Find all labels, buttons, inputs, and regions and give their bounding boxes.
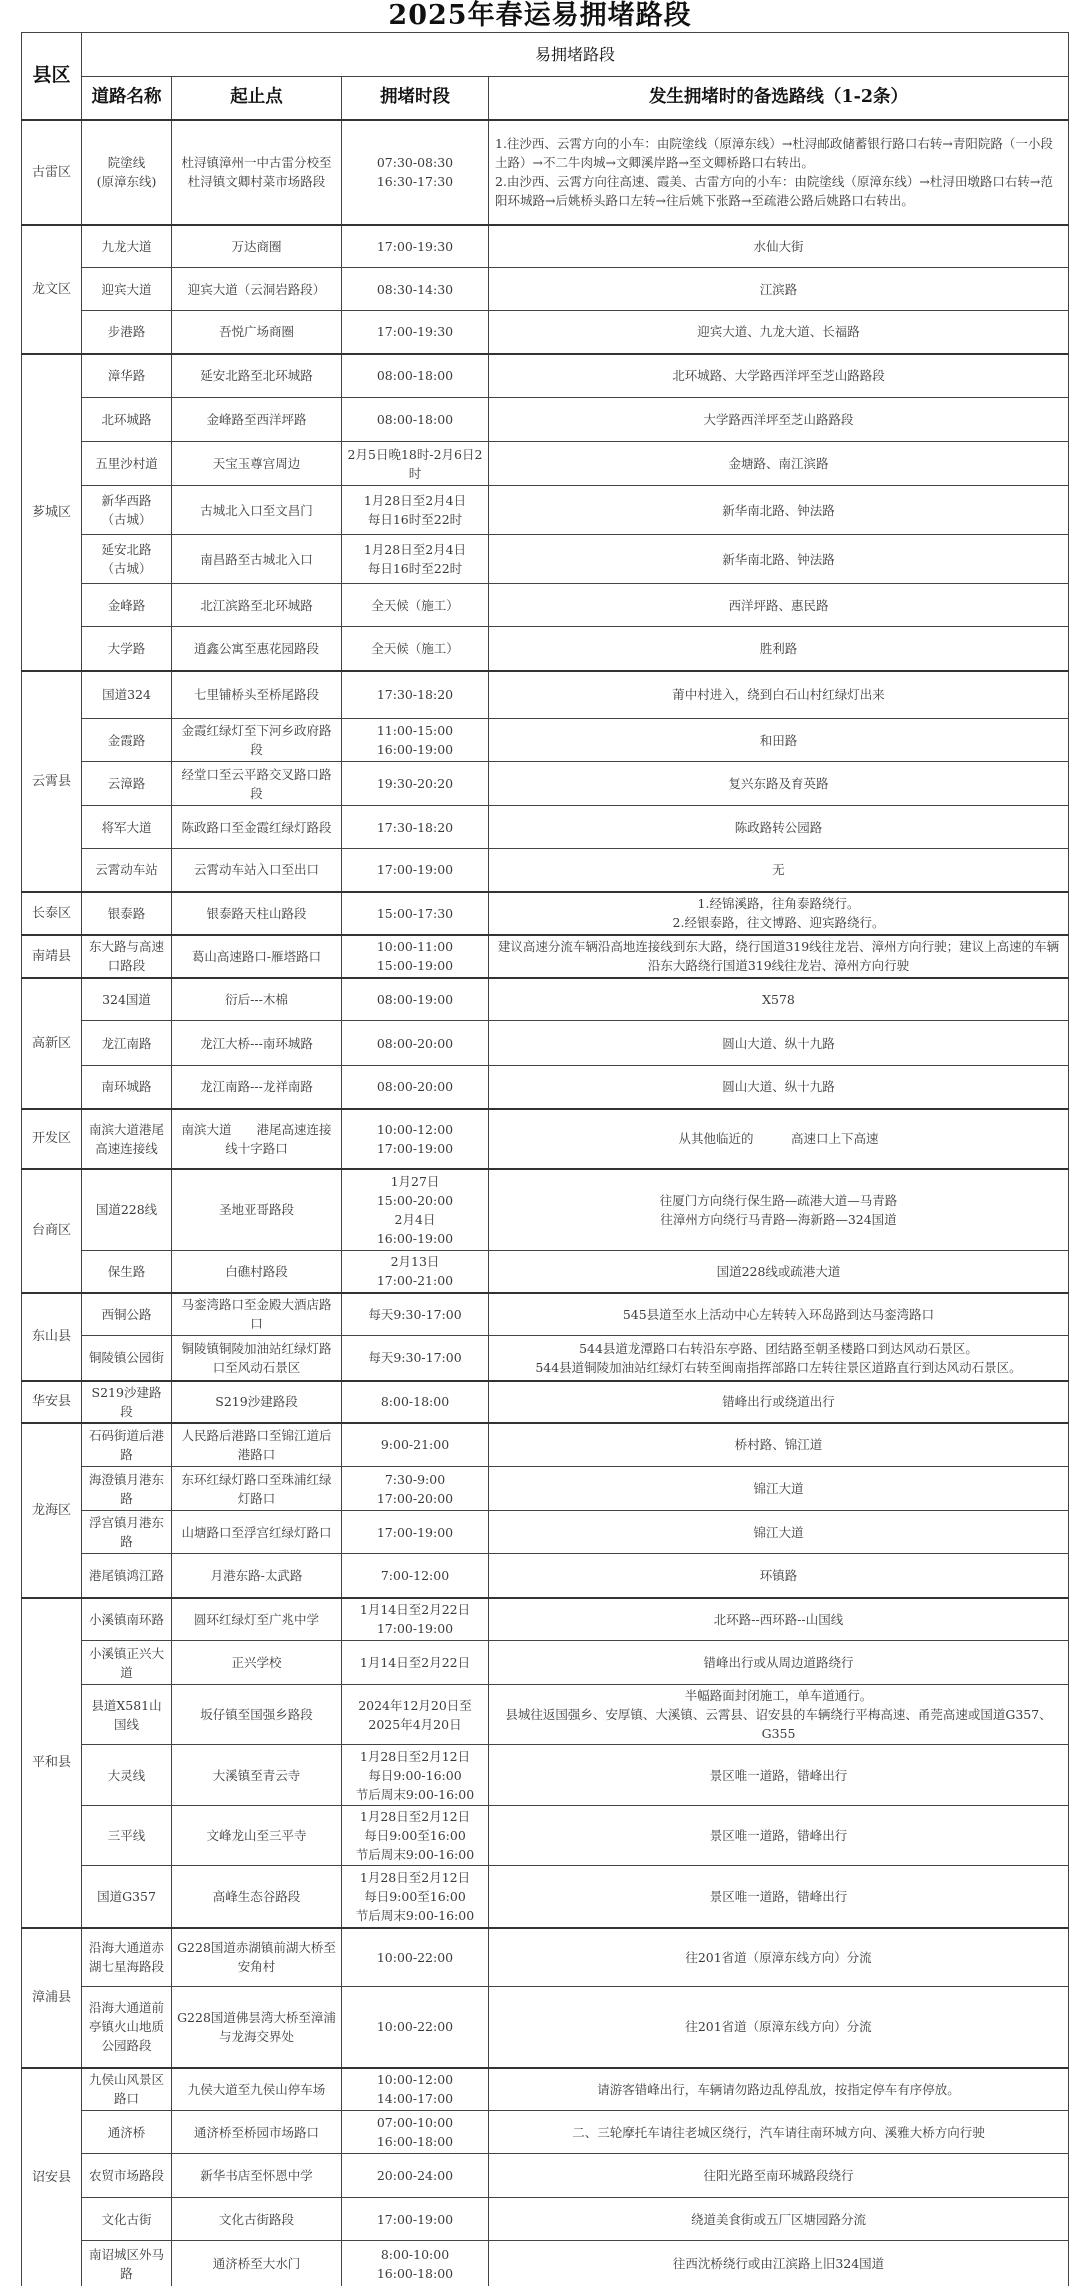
section-cell: 迎宾大道（云洞岩路段）: [172, 268, 342, 311]
table-row: 开发区南滨大道港尾高速连接线南滨大道 港尾高速连接线十字路口10:00-12:0…: [22, 1109, 1069, 1169]
time-cell: 9:00-21:00: [342, 1423, 489, 1467]
county-cell: 华安县: [22, 1381, 82, 1423]
table-row: 大学路逍鑫公寓至惠花园路段全天候（施工）胜利路: [22, 627, 1069, 671]
header-road-name: 道路名称: [82, 77, 172, 120]
section-cell: 云霄动车站入口至出口: [172, 849, 342, 892]
time-cell: 1月14日至2月22日: [342, 1641, 489, 1685]
section-cell: 高峰生态谷路段: [172, 1866, 342, 1928]
section-cell: 北江滨路至北环城路: [172, 584, 342, 627]
table-row: 通济桥通济桥至桥园市场路口07:00-10:0016:00-18:00二、三轮摩…: [22, 2111, 1069, 2154]
table-row: 华安县S219沙建路段S219沙建路段8:00-18:00错峰出行或绕道出行: [22, 1381, 1069, 1423]
road-name-cell: 石码街道后港路: [82, 1423, 172, 1467]
table-row: 县道X581山国线坂仔镇至国强乡路段2024年12月20日至2025年4月20日…: [22, 1685, 1069, 1745]
section-cell: 衍后---木棉: [172, 978, 342, 1021]
alternative-route-cell: 新华南北路、钟法路: [489, 535, 1069, 584]
alternative-route-cell: 圆山大道、纵十九路: [489, 1066, 1069, 1109]
time-cell: 11:00-15:0016:00-19:00: [342, 719, 489, 762]
section-cell: 吾悦广场商圈: [172, 311, 342, 354]
table-row: 古雷区院塗线(原漳东线)杜浔镇漳州一中古雷分校至杜浔镇文卿村菜市场路段07:30…: [22, 120, 1069, 225]
road-name-cell: 迎宾大道: [82, 268, 172, 311]
section-cell: G228国道佛昙湾大桥至漳浦与龙海交界处: [172, 1987, 342, 2068]
road-name-cell: 步港路: [82, 311, 172, 354]
time-cell: 08:00-18:00: [342, 398, 489, 442]
section-cell: 陈政路口至金霞红绿灯路段: [172, 806, 342, 849]
alternative-route-cell: X578: [489, 978, 1069, 1021]
road-name-cell: 南环城路: [82, 1066, 172, 1109]
time-cell: 20:00-24:00: [342, 2154, 489, 2198]
road-name-cell: 漳华路: [82, 354, 172, 398]
table-row: 文化古街文化古街路段17:00-19:00绕道美食街或五厂区塘园路分流: [22, 2198, 1069, 2241]
road-name-cell: 北环城路: [82, 398, 172, 442]
section-cell: 经堂口至云平路交叉路口路段: [172, 762, 342, 806]
road-name-cell: 延安北路（古城）: [82, 535, 172, 584]
table-row: 金峰路北江滨路至北环城路全天候（施工）西洋坪路、惠民路: [22, 584, 1069, 627]
alternative-route-cell: 和田路: [489, 719, 1069, 762]
road-name-cell: 金霞路: [82, 719, 172, 762]
section-cell: G228国道赤湖镇前湖大桥至安角村: [172, 1928, 342, 1987]
road-name-cell: 大学路: [82, 627, 172, 671]
time-cell: 10:00-11:0015:00-19:00: [342, 935, 489, 978]
alternative-route-cell: 圆山大道、纵十九路: [489, 1021, 1069, 1066]
table-row: 新华西路（古城）古城北入口至文昌门1月28日至2月4日每日16时至22时新华南北…: [22, 486, 1069, 535]
time-cell: 08:30-14:30: [342, 268, 489, 311]
alternative-route-cell: 西洋坪路、惠民路: [489, 584, 1069, 627]
alternative-route-cell: 环镇路: [489, 1554, 1069, 1598]
alternative-route-cell: 水仙大街: [489, 225, 1069, 268]
time-cell: 10:00-22:00: [342, 1928, 489, 1987]
county-cell: 云霄县: [22, 671, 82, 892]
section-cell: 人民路后港路口至锦江道后港路口: [172, 1423, 342, 1467]
road-name-cell: 沿海大通道前亭镇火山地质公园路段: [82, 1987, 172, 2068]
county-cell: 龙文区: [22, 225, 82, 354]
alternative-route-cell: 锦江大道: [489, 1467, 1069, 1511]
time-cell: 07:30-08:3016:30-17:30: [342, 120, 489, 225]
section-cell: 南滨大道 港尾高速连接线十字路口: [172, 1109, 342, 1169]
section-cell: 银泰路天柱山路段: [172, 892, 342, 935]
table-row: 浮宫镇月港东路山塘路口至浮宫红绿灯路口17:00-19:00锦江大道: [22, 1511, 1069, 1554]
table-row: 五里沙村道天宝玉尊宫周边2月5日晚18时-2月6日2时金塘路、南江滨路: [22, 442, 1069, 486]
time-cell: 7:30-9:0017:00-20:00: [342, 1467, 489, 1511]
alternative-route-cell: 无: [489, 849, 1069, 892]
table-row: 南诏城区外马路通济桥至大水门8:00-10:0016:00-18:00往西沈桥绕…: [22, 2241, 1069, 2286]
road-name-cell: 东大路与高速口路段: [82, 935, 172, 978]
county-cell: 龙海区: [22, 1423, 82, 1598]
time-cell: 07:00-10:0016:00-18:00: [342, 2111, 489, 2154]
section-cell: 文化古街路段: [172, 2198, 342, 2241]
road-name-cell: 保生路: [82, 1251, 172, 1293]
table-row: 台商区国道228线圣地亚哥路段1月27日15:00-20:002月4日16:00…: [22, 1169, 1069, 1251]
alternative-route-cell: 胜利路: [489, 627, 1069, 671]
section-cell: 七里铺桥头至桥尾路段: [172, 671, 342, 719]
alternative-route-cell: 新华南北路、钟法路: [489, 486, 1069, 535]
header-group: 易拥堵路段: [82, 33, 1069, 77]
section-cell: 龙江大桥---南环城路: [172, 1021, 342, 1066]
table-row: 高新区324国道衍后---木棉08:00-19:00X578: [22, 978, 1069, 1021]
table-row: 金霞路金霞红绿灯至下河乡政府路段11:00-15:0016:00-19:00和田…: [22, 719, 1069, 762]
time-cell: 08:00-20:00: [342, 1066, 489, 1109]
alternative-route-cell: 金塘路、南江滨路: [489, 442, 1069, 486]
county-cell: 诏安县: [22, 2068, 82, 2286]
time-cell: 2月5日晚18时-2月6日2时: [342, 442, 489, 486]
section-cell: 金霞红绿灯至下河乡政府路段: [172, 719, 342, 762]
time-cell: 全天候（施工）: [342, 627, 489, 671]
alternative-route-cell: 1.往沙西、云霄方向的小车：由院塗线（原漳东线）→杜浔邮政储蓄银行路口右转→青阳…: [489, 120, 1069, 225]
alternative-route-cell: 往阳光路至南环城路段绕行: [489, 2154, 1069, 2198]
section-cell: 古城北入口至文昌门: [172, 486, 342, 535]
time-cell: 全天候（施工）: [342, 584, 489, 627]
road-name-cell: 九侯山风景区路口: [82, 2068, 172, 2111]
time-cell: 1月27日15:00-20:002月4日16:00-19:00: [342, 1169, 489, 1251]
time-cell: 2024年12月20日至2025年4月20日: [342, 1685, 489, 1745]
time-cell: 15:00-17:30: [342, 892, 489, 935]
road-name-cell: 西铜公路: [82, 1293, 172, 1336]
time-cell: 每天9:30-17:00: [342, 1336, 489, 1381]
table-row: 海澄镇月港东路东环红绿灯路口至珠浦红绿灯路口7:30-9:0017:00-20:…: [22, 1467, 1069, 1511]
county-cell: 漳浦县: [22, 1928, 82, 2068]
time-cell: 10:00-12:0017:00-19:00: [342, 1109, 489, 1169]
road-name-cell: 海澄镇月港东路: [82, 1467, 172, 1511]
table-row: 大灵线大溪镇至青云寺1月28日至2月12日每日9:00-16:00节后周末9:0…: [22, 1745, 1069, 1806]
table-row: 龙文区九龙大道万达商圈17:00-19:30水仙大街: [22, 225, 1069, 268]
header-time: 拥堵时段: [342, 77, 489, 120]
table-row: 小溪镇正兴大道正兴学校1月14日至2月22日错峰出行或从周边道路绕行: [22, 1641, 1069, 1685]
table-row: 港尾镇鸿江路月港东路-太武路7:00-12:00环镇路: [22, 1554, 1069, 1598]
alternative-route-cell: 建议高速分流车辆沿高地连接线到东大路，绕行国道319线往龙岩、漳州方向行驶；建议…: [489, 935, 1069, 978]
alternative-route-cell: 二、三轮摩托车请往老城区绕行，汽车请往南环城方向、溪雅大桥方向行驶: [489, 2111, 1069, 2154]
table-row: 龙海区石码街道后港路人民路后港路口至锦江道后港路口9:00-21:00桥村路、锦…: [22, 1423, 1069, 1467]
alternative-route-cell: 锦江大道: [489, 1511, 1069, 1554]
time-cell: 1月28日至2月4日每日16时至22时: [342, 535, 489, 584]
road-name-cell: S219沙建路段: [82, 1381, 172, 1423]
table-row: 三平线文峰龙山至三平寺1月28日至2月12日每日9:00至16:00节后周末9:…: [22, 1806, 1069, 1866]
table-row: 长泰区银泰路银泰路天柱山路段15:00-17:301.经锦溪路，往角泰路绕行。2…: [22, 892, 1069, 935]
road-name-cell: 铜陵镇公园街: [82, 1336, 172, 1381]
section-cell: 九侯大道至九侯山停车场: [172, 2068, 342, 2111]
county-cell: 芗城区: [22, 354, 82, 671]
table-row: 迎宾大道迎宾大道（云洞岩路段）08:30-14:30江滨路: [22, 268, 1069, 311]
section-cell: 坂仔镇至国强乡路段: [172, 1685, 342, 1745]
section-cell: 山塘路口至浮宫红绿灯路口: [172, 1511, 342, 1554]
road-name-cell: 通济桥: [82, 2111, 172, 2154]
alternative-route-cell: 往厦门方向绕行保生路—疏港大道—马青路往漳州方向绕行马青路—海新路—324国道: [489, 1169, 1069, 1251]
road-name-cell: 小溪镇正兴大道: [82, 1641, 172, 1685]
alternative-route-cell: 544县道龙潭路口右转沿东亭路、团结路至朝圣楼路口到达风动石景区。544县道铜陵…: [489, 1336, 1069, 1381]
alternative-route-cell: 北环路--西环路--山国线: [489, 1598, 1069, 1641]
table-row: 芗城区漳华路延安北路至北环城路08:00-18:00北环城路、大学路西洋坪至芝山…: [22, 354, 1069, 398]
alternative-route-cell: 半幅路面封闭施工，单车道通行。县城往返国强乡、安厚镇、大溪镇、云霄县、诏安县的车…: [489, 1685, 1069, 1745]
alternative-route-cell: 请游客错峰出行，车辆请勿路边乱停乱放，按指定停车有序停放。: [489, 2068, 1069, 2111]
county-cell: 台商区: [22, 1169, 82, 1293]
road-name-cell: 国道228线: [82, 1169, 172, 1251]
section-cell: 龙江南路---龙祥南路: [172, 1066, 342, 1109]
time-cell: 1月14日至2月22日17:00-19:00: [342, 1598, 489, 1641]
alternative-route-cell: 景区唯一道路，错峰出行: [489, 1745, 1069, 1806]
alternative-route-cell: 545县道至水上活动中心左转转入环岛路到达马銮湾路口: [489, 1293, 1069, 1336]
section-cell: 文峰龙山至三平寺: [172, 1806, 342, 1866]
road-name-cell: 国道G357: [82, 1866, 172, 1928]
time-cell: 17:00-19:00: [342, 1511, 489, 1554]
header-section: 起止点: [172, 77, 342, 120]
alternative-route-cell: 景区唯一道路，错峰出行: [489, 1866, 1069, 1928]
table-row: 将军大道陈政路口至金霞红绿灯路段17:30-18:20陈政路转公园路: [22, 806, 1069, 849]
section-cell: 东环红绿灯路口至珠浦红绿灯路口: [172, 1467, 342, 1511]
section-cell: 圆环红绿灯至广兆中学: [172, 1598, 342, 1641]
section-cell: 天宝玉尊宫周边: [172, 442, 342, 486]
road-name-cell: 大灵线: [82, 1745, 172, 1806]
table-row: 平和县小溪镇南环路圆环红绿灯至广兆中学1月14日至2月22日17:00-19:0…: [22, 1598, 1069, 1641]
time-cell: 2月13日17:00-21:00: [342, 1251, 489, 1293]
page-title: 2025年春运易拥堵路段: [0, 0, 1080, 32]
time-cell: 每天9:30-17:00: [342, 1293, 489, 1336]
table-row: 北环城路金峰路至西洋坪路08:00-18:00大学路西洋坪至芝山路路段: [22, 398, 1069, 442]
congestion-table: 县区 易拥堵路段 道路名称 起止点 拥堵时段 发生拥堵时的备选路线（1-2条） …: [21, 32, 1069, 2286]
road-name-cell: 农贸市场路段: [82, 2154, 172, 2198]
alternative-route-cell: 绕道美食街或五厂区塘园路分流: [489, 2198, 1069, 2241]
time-cell: 19:30-20:20: [342, 762, 489, 806]
table-row: 国道G357高峰生态谷路段1月28日至2月12日每日9:00至16:00节后周末…: [22, 1866, 1069, 1928]
alternative-route-cell: 桥村路、锦江道: [489, 1423, 1069, 1467]
road-name-cell: 五里沙村道: [82, 442, 172, 486]
alternative-route-cell: 景区唯一道路，错峰出行: [489, 1806, 1069, 1866]
section-cell: 逍鑫公寓至惠花园路段: [172, 627, 342, 671]
alternative-route-cell: 陈政路转公园路: [489, 806, 1069, 849]
time-cell: 1月28日至2月12日每日9:00至16:00节后周末9:00-16:00: [342, 1806, 489, 1866]
table-row: 延安北路（古城）南昌路至古城北入口1月28日至2月4日每日16时至22时新华南北…: [22, 535, 1069, 584]
alternative-route-cell: 往201省道（原漳东线方向）分流: [489, 1928, 1069, 1987]
time-cell: 8:00-10:0016:00-18:00: [342, 2241, 489, 2286]
time-cell: 08:00-18:00: [342, 354, 489, 398]
time-cell: 8:00-18:00: [342, 1381, 489, 1423]
time-cell: 17:30-18:20: [342, 806, 489, 849]
table-row: 保生路白礁村路段2月13日17:00-21:00国道228线或疏港大道: [22, 1251, 1069, 1293]
alternative-route-cell: 江滨路: [489, 268, 1069, 311]
table-row: 云霄动车站云霄动车站入口至出口17:00-19:00无: [22, 849, 1069, 892]
road-name-cell: 南滨大道港尾高速连接线: [82, 1109, 172, 1169]
section-cell: 月港东路-太武路: [172, 1554, 342, 1598]
county-cell: 长泰区: [22, 892, 82, 935]
table-row: 沿海大通道前亭镇火山地质公园路段G228国道佛昙湾大桥至漳浦与龙海交界处10:0…: [22, 1987, 1069, 2068]
road-name-cell: 港尾镇鸿江路: [82, 1554, 172, 1598]
table-row: 云霄县国道324七里铺桥头至桥尾路段17:30-18:20莆中村进入，绕到白石山…: [22, 671, 1069, 719]
section-cell: 新华书店至怀恩中学: [172, 2154, 342, 2198]
alternative-route-cell: 往西沈桥绕行或由江滨路上旧324国道: [489, 2241, 1069, 2286]
time-cell: 17:00-19:30: [342, 311, 489, 354]
alternative-route-cell: 迎宾大道、九龙大道、长福路: [489, 311, 1069, 354]
alternative-route-cell: 错峰出行或从周边道路绕行: [489, 1641, 1069, 1685]
alternative-route-cell: 从其他临近的 高速口上下高速: [489, 1109, 1069, 1169]
time-cell: 17:00-19:00: [342, 2198, 489, 2241]
section-cell: 铜陵镇铜陵加油站红绿灯路口至风动石景区: [172, 1336, 342, 1381]
table-row: 诏安县九侯山风景区路口九侯大道至九侯山停车场10:00-12:0014:00-1…: [22, 2068, 1069, 2111]
road-name-cell: 云霄动车站: [82, 849, 172, 892]
time-cell: 1月28日至2月12日每日9:00至16:00节后周末9:00-16:00: [342, 1866, 489, 1928]
road-name-cell: 云漳路: [82, 762, 172, 806]
time-cell: 10:00-22:00: [342, 1987, 489, 2068]
county-cell: 高新区: [22, 978, 82, 1109]
road-name-cell: 龙江南路: [82, 1021, 172, 1066]
alternative-route-cell: 复兴东路及育英路: [489, 762, 1069, 806]
section-cell: 万达商圈: [172, 225, 342, 268]
table-row: 漳浦县沿海大通道赤湖七星海路段G228国道赤湖镇前湖大桥至安角村10:00-22…: [22, 1928, 1069, 1987]
road-name-cell: 金峰路: [82, 584, 172, 627]
road-name-cell: 南诏城区外马路: [82, 2241, 172, 2286]
road-name-cell: 浮宫镇月港东路: [82, 1511, 172, 1554]
road-name-cell: 324国道: [82, 978, 172, 1021]
time-cell: 1月28日至2月12日每日9:00-16:00节后周末9:00-16:00: [342, 1745, 489, 1806]
time-cell: 10:00-12:0014:00-17:00: [342, 2068, 489, 2111]
section-cell: 马銮湾路口至金殿大酒店路口: [172, 1293, 342, 1336]
road-name-cell: 文化古街: [82, 2198, 172, 2241]
alternative-route-cell: 1.经锦溪路，往角泰路绕行。2.经银泰路，往文博路、迎宾路绕行。: [489, 892, 1069, 935]
section-cell: 金峰路至西洋坪路: [172, 398, 342, 442]
alternative-route-cell: 往201省道（原漳东线方向）分流: [489, 1987, 1069, 2068]
road-name-cell: 银泰路: [82, 892, 172, 935]
section-cell: 圣地亚哥路段: [172, 1169, 342, 1251]
time-cell: 7:00-12:00: [342, 1554, 489, 1598]
table-row: 南靖县东大路与高速口路段葛山高速路口-雁塔路口10:00-11:0015:00-…: [22, 935, 1069, 978]
road-name-cell: 九龙大道: [82, 225, 172, 268]
section-cell: 杜浔镇漳州一中古雷分校至杜浔镇文卿村菜市场路段: [172, 120, 342, 225]
road-name-cell: 院塗线(原漳东线): [82, 120, 172, 225]
time-cell: 1月28日至2月4日每日16时至22时: [342, 486, 489, 535]
time-cell: 17:30-18:20: [342, 671, 489, 719]
header-alternative-route: 发生拥堵时的备选路线（1-2条）: [489, 77, 1069, 120]
section-cell: 大溪镇至青云寺: [172, 1745, 342, 1806]
time-cell: 17:00-19:30: [342, 225, 489, 268]
section-cell: 延安北路至北环城路: [172, 354, 342, 398]
time-cell: 08:00-19:00: [342, 978, 489, 1021]
section-cell: 正兴学校: [172, 1641, 342, 1685]
county-cell: 南靖县: [22, 935, 82, 978]
road-name-cell: 县道X581山国线: [82, 1685, 172, 1745]
road-name-cell: 三平线: [82, 1806, 172, 1866]
section-cell: 通济桥至桥园市场路口: [172, 2111, 342, 2154]
table-body: 古雷区院塗线(原漳东线)杜浔镇漳州一中古雷分校至杜浔镇文卿村菜市场路段07:30…: [22, 120, 1069, 2286]
road-name-cell: 沿海大通道赤湖七星海路段: [82, 1928, 172, 1987]
county-cell: 平和县: [22, 1598, 82, 1928]
road-name-cell: 国道324: [82, 671, 172, 719]
table-row: 东山县西铜公路马銮湾路口至金殿大酒店路口每天9:30-17:00545县道至水上…: [22, 1293, 1069, 1336]
section-cell: 葛山高速路口-雁塔路口: [172, 935, 342, 978]
time-cell: 08:00-20:00: [342, 1021, 489, 1066]
table-row: 龙江南路龙江大桥---南环城路08:00-20:00圆山大道、纵十九路: [22, 1021, 1069, 1066]
table-row: 步港路吾悦广场商圈17:00-19:30迎宾大道、九龙大道、长福路: [22, 311, 1069, 354]
section-cell: S219沙建路段: [172, 1381, 342, 1423]
alternative-route-cell: 莆中村进入，绕到白石山村红绿灯出来: [489, 671, 1069, 719]
section-cell: 通济桥至大水门: [172, 2241, 342, 2286]
header-county: 县区: [22, 33, 82, 120]
table-row: 云漳路经堂口至云平路交叉路口路段19:30-20:20复兴东路及育英路: [22, 762, 1069, 806]
road-name-cell: 小溪镇南环路: [82, 1598, 172, 1641]
alternative-route-cell: 北环城路、大学路西洋坪至芝山路路段: [489, 354, 1069, 398]
alternative-route-cell: 错峰出行或绕道出行: [489, 1381, 1069, 1423]
section-cell: 白礁村路段: [172, 1251, 342, 1293]
road-name-cell: 新华西路（古城）: [82, 486, 172, 535]
table-row: 南环城路龙江南路---龙祥南路08:00-20:00圆山大道、纵十九路: [22, 1066, 1069, 1109]
road-name-cell: 将军大道: [82, 806, 172, 849]
alternative-route-cell: 大学路西洋坪至芝山路路段: [489, 398, 1069, 442]
table-row: 农贸市场路段新华书店至怀恩中学20:00-24:00往阳光路至南环城路段绕行: [22, 2154, 1069, 2198]
county-cell: 东山县: [22, 1293, 82, 1381]
county-cell: 开发区: [22, 1109, 82, 1169]
table-row: 铜陵镇公园街铜陵镇铜陵加油站红绿灯路口至风动石景区每天9:30-17:00544…: [22, 1336, 1069, 1381]
alternative-route-cell: 国道228线或疏港大道: [489, 1251, 1069, 1293]
county-cell: 古雷区: [22, 120, 82, 225]
section-cell: 南昌路至古城北入口: [172, 535, 342, 584]
time-cell: 17:00-19:00: [342, 849, 489, 892]
